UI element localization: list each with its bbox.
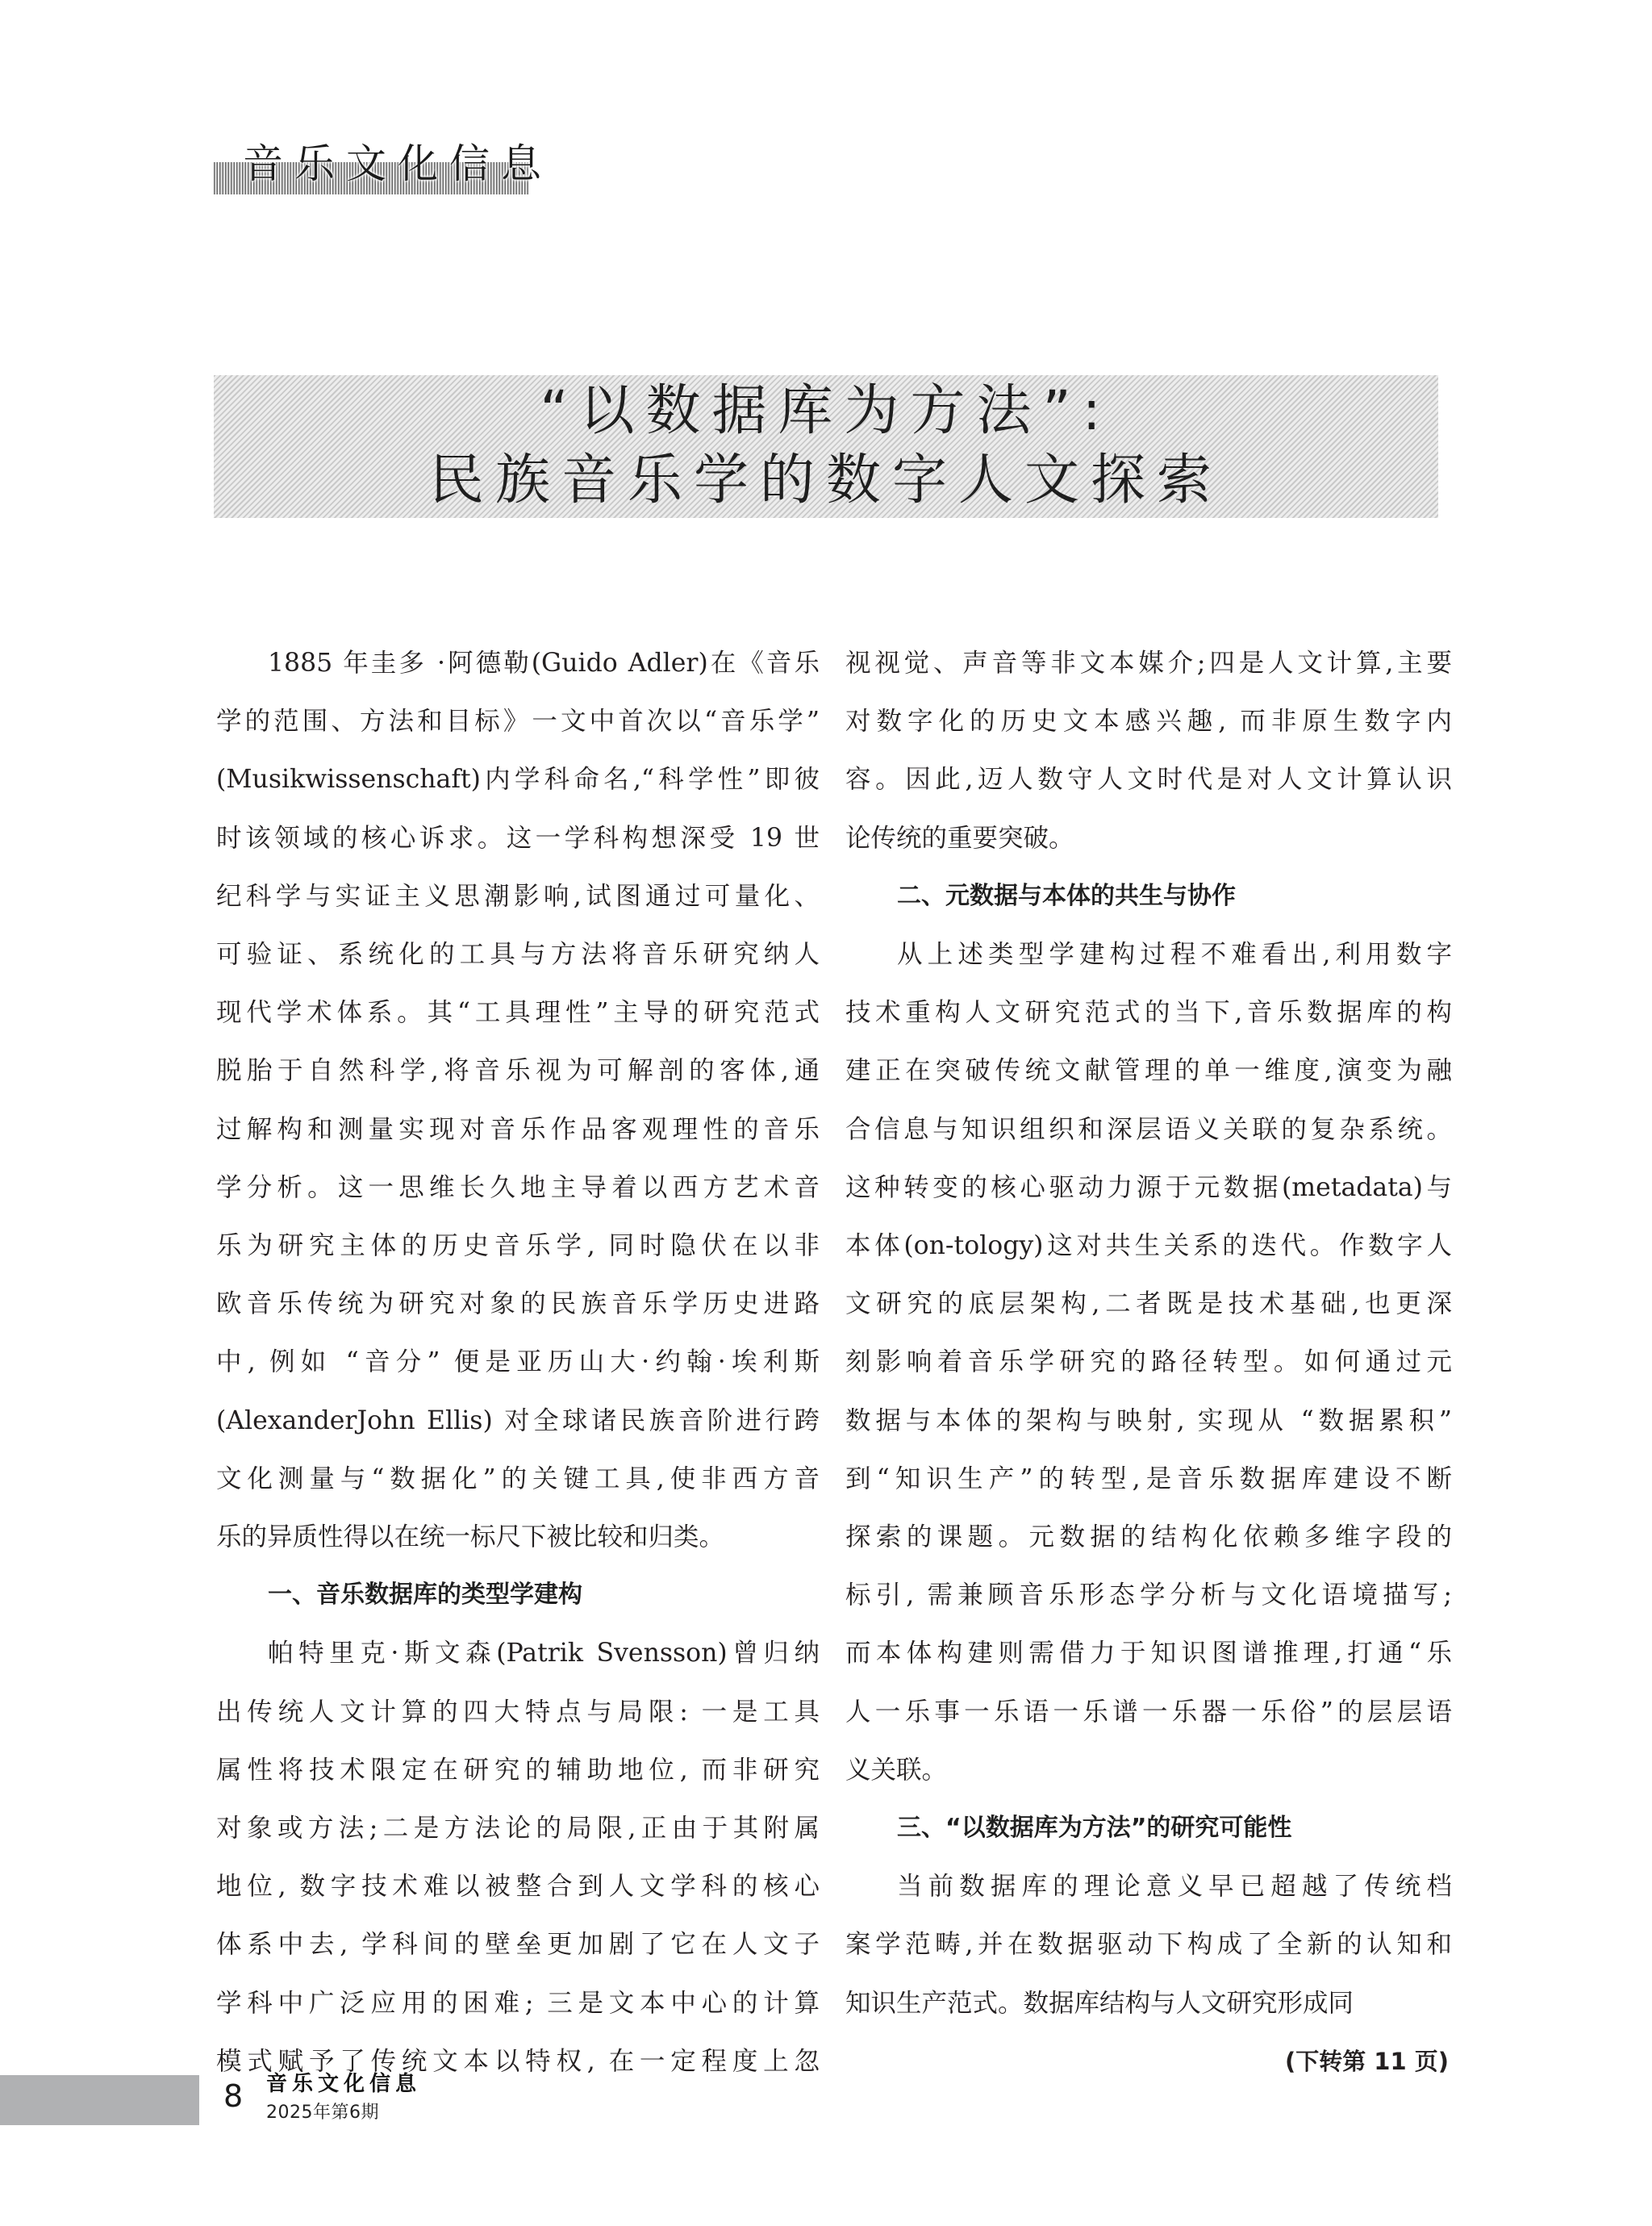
text-line: 对象或方法;二是方法论的局限,正由于其附属 — [216, 1799, 820, 1857]
section-heading-3: 三、“以数据库为方法”的研究可能性 — [845, 1799, 1452, 1857]
text-line: 1885 年圭多 ·阿德勒(Guido Adler)在《音乐 — [216, 634, 820, 692]
text-line: 从上述类型学建构过程不难看出,利用数字 — [845, 925, 1452, 984]
text-line: (Musikwissenschaft)内学科命名,“科学性”即彼 — [216, 750, 820, 808]
text-line: 合信息与知识组织和深层语义关联的复杂系统。 — [845, 1100, 1452, 1159]
text-line: 论传统的重要突破。 — [845, 809, 1452, 867]
section-heading-2: 二、元数据与本体的共生与协作 — [845, 867, 1452, 925]
text-line: 乐的异质性得以在统一标尺下被比较和归类。 — [216, 1508, 820, 1566]
text-line: 出传统人文计算的四大特点与局限: 一是工具 — [216, 1683, 820, 1741]
left-column: 1885 年圭多 ·阿德勒(Guido Adler)在《音乐 学的范围、方法和目… — [216, 634, 820, 2090]
text-line: 当前数据库的理论意义早已超越了传统档 — [845, 1857, 1452, 1915]
text-line: 标引, 需兼顾音乐形态学分析与文化语境描写; — [845, 1566, 1452, 1624]
section-banner: 音乐文化信息 — [214, 137, 532, 198]
text-line: 纪科学与实证主义思潮影响,试图通过可量化、 — [216, 867, 820, 925]
text-line: 现代学术体系。其“工具理性”主导的研究范式 — [216, 984, 820, 1042]
right-column: 视视觉、声音等非文本媒介;四是人文计算,主要 对数字化的历史文本感兴趣, 而非原… — [845, 634, 1452, 2090]
text-line: 乐为研究主体的历史音乐学, 同时隐伏在以非 — [216, 1217, 820, 1275]
text-line: 可验证、系统化的工具与方法将音乐研究纳人 — [216, 925, 820, 984]
footer-bar — [0, 2075, 199, 2125]
text-line: 刻影响着音乐学研究的路径转型。如何通过元 — [845, 1333, 1452, 1391]
text-line: 体系中去, 学科间的壁垒更加剧了它在人文子 — [216, 1915, 820, 1973]
section1-continued-paragraph: 视视觉、声音等非文本媒介;四是人文计算,主要 对数字化的历史文本感兴趣, 而非原… — [845, 634, 1452, 867]
text-line: 学分析。这一思维长久地主导着以西方艺术音 — [216, 1159, 820, 1217]
text-line: 欧音乐传统为研究对象的民族音乐学历史进路 — [216, 1275, 820, 1333]
text-line: 知识生产范式。数据库结构与人文研究形成同 — [845, 1974, 1452, 2032]
text-line: 中, 例如 “音分” 便是亚历山大·约翰·埃利斯 — [216, 1333, 820, 1391]
text-line: 技术重构人文研究范式的当下,音乐数据库的构 — [845, 984, 1452, 1042]
text-line: 过解构和测量实现对音乐作品客观理性的音乐 — [216, 1100, 820, 1159]
text-line: 文化测量与“数据化”的关键工具,使非西方音 — [216, 1450, 820, 1508]
article-title-box: “以数据库为方法”: 民族音乐学的数字人文探索 — [214, 375, 1438, 518]
article-title-line1: “以数据库为方法”: — [214, 377, 1438, 446]
text-line: 学的范围、方法和目标》一文中首次以“音乐学” — [216, 692, 820, 750]
section-heading-1: 一、音乐数据库的类型学建构 — [216, 1566, 820, 1624]
text-line: 本体(on-tology)这对共生关系的迭代。作数字人 — [845, 1217, 1452, 1275]
text-line: 地位, 数字技术难以被整合到人文学科的核心 — [216, 1857, 820, 1915]
text-line: 脱胎于自然科学,将音乐视为可解剖的客体,通 — [216, 1042, 820, 1100]
issue-number: 2025年第6期 — [266, 2103, 379, 2124]
text-line: 数据与本体的架构与映射, 实现从 “数据累积” — [845, 1392, 1452, 1450]
text-line: 探索的课题。元数据的结构化依赖多维字段的 — [845, 1508, 1452, 1566]
text-line: 视视觉、声音等非文本媒介;四是人文计算,主要 — [845, 634, 1452, 692]
journal-name: 音乐文化信息 — [266, 2071, 421, 2097]
intro-paragraph: 1885 年圭多 ·阿德勒(Guido Adler)在《音乐 学的范围、方法和目… — [216, 634, 820, 1566]
article-title-line2: 民族音乐学的数字人文探索 — [214, 446, 1438, 516]
text-line: 建正在突破传统文献管理的单一维度,演变为融 — [845, 1042, 1452, 1100]
text-line: 文研究的底层架构,二者既是技术基础,也更深 — [845, 1275, 1452, 1333]
text-line: 义关联。 — [845, 1741, 1452, 1799]
text-line: 属性将技术限定在研究的辅助地位, 而非研究 — [216, 1741, 820, 1799]
text-line: 而本体构建则需借力于知识图谱推理,打通“乐 — [845, 1624, 1452, 1682]
text-line: 学科中广泛应用的困难; 三是文本中心的计算 — [216, 1974, 820, 2032]
text-line: (AlexanderJohn Ellis) 对全球诸民族音阶进行跨 — [216, 1392, 820, 1450]
section-label: 音乐文化信息 — [243, 137, 553, 190]
text-line: 帕特里克·斯文森(Patrik Svensson)曾归纳 — [216, 1624, 820, 1682]
section1-paragraph: 帕特里克·斯文森(Patrik Svensson)曾归纳 出传统人文计算的四大特… — [216, 1624, 820, 2090]
text-line: 对数字化的历史文本感兴趣, 而非原生数字内 — [845, 692, 1452, 750]
text-line: 人一乐事一乐语一乐谱一乐器一乐俗”的层层语 — [845, 1683, 1452, 1741]
text-line: 时该领域的核心诉求。这一学科构想深受 19 世 — [216, 809, 820, 867]
text-line: 这种转变的核心驱动力源于元数据(metadata)与 — [845, 1159, 1452, 1217]
page-number: 8 — [223, 2080, 243, 2112]
text-line: 到“知识生产”的转型,是音乐数据库建设不断 — [845, 1450, 1452, 1508]
continued-on-page-note: (下转第 11 页) — [845, 2032, 1452, 2090]
text-line: 案学范畴,并在数据驱动下构成了全新的认知和 — [845, 1915, 1452, 1973]
section2-paragraph: 从上述类型学建构过程不难看出,利用数字 技术重构人文研究范式的当下,音乐数据库的… — [845, 925, 1452, 1799]
text-line: 容。因此,迈人数守人文时代是对人文计算认识 — [845, 750, 1452, 808]
section3-paragraph: 当前数据库的理论意义早已超越了传统档 案学范畴,并在数据驱动下构成了全新的认知和… — [845, 1857, 1452, 2032]
